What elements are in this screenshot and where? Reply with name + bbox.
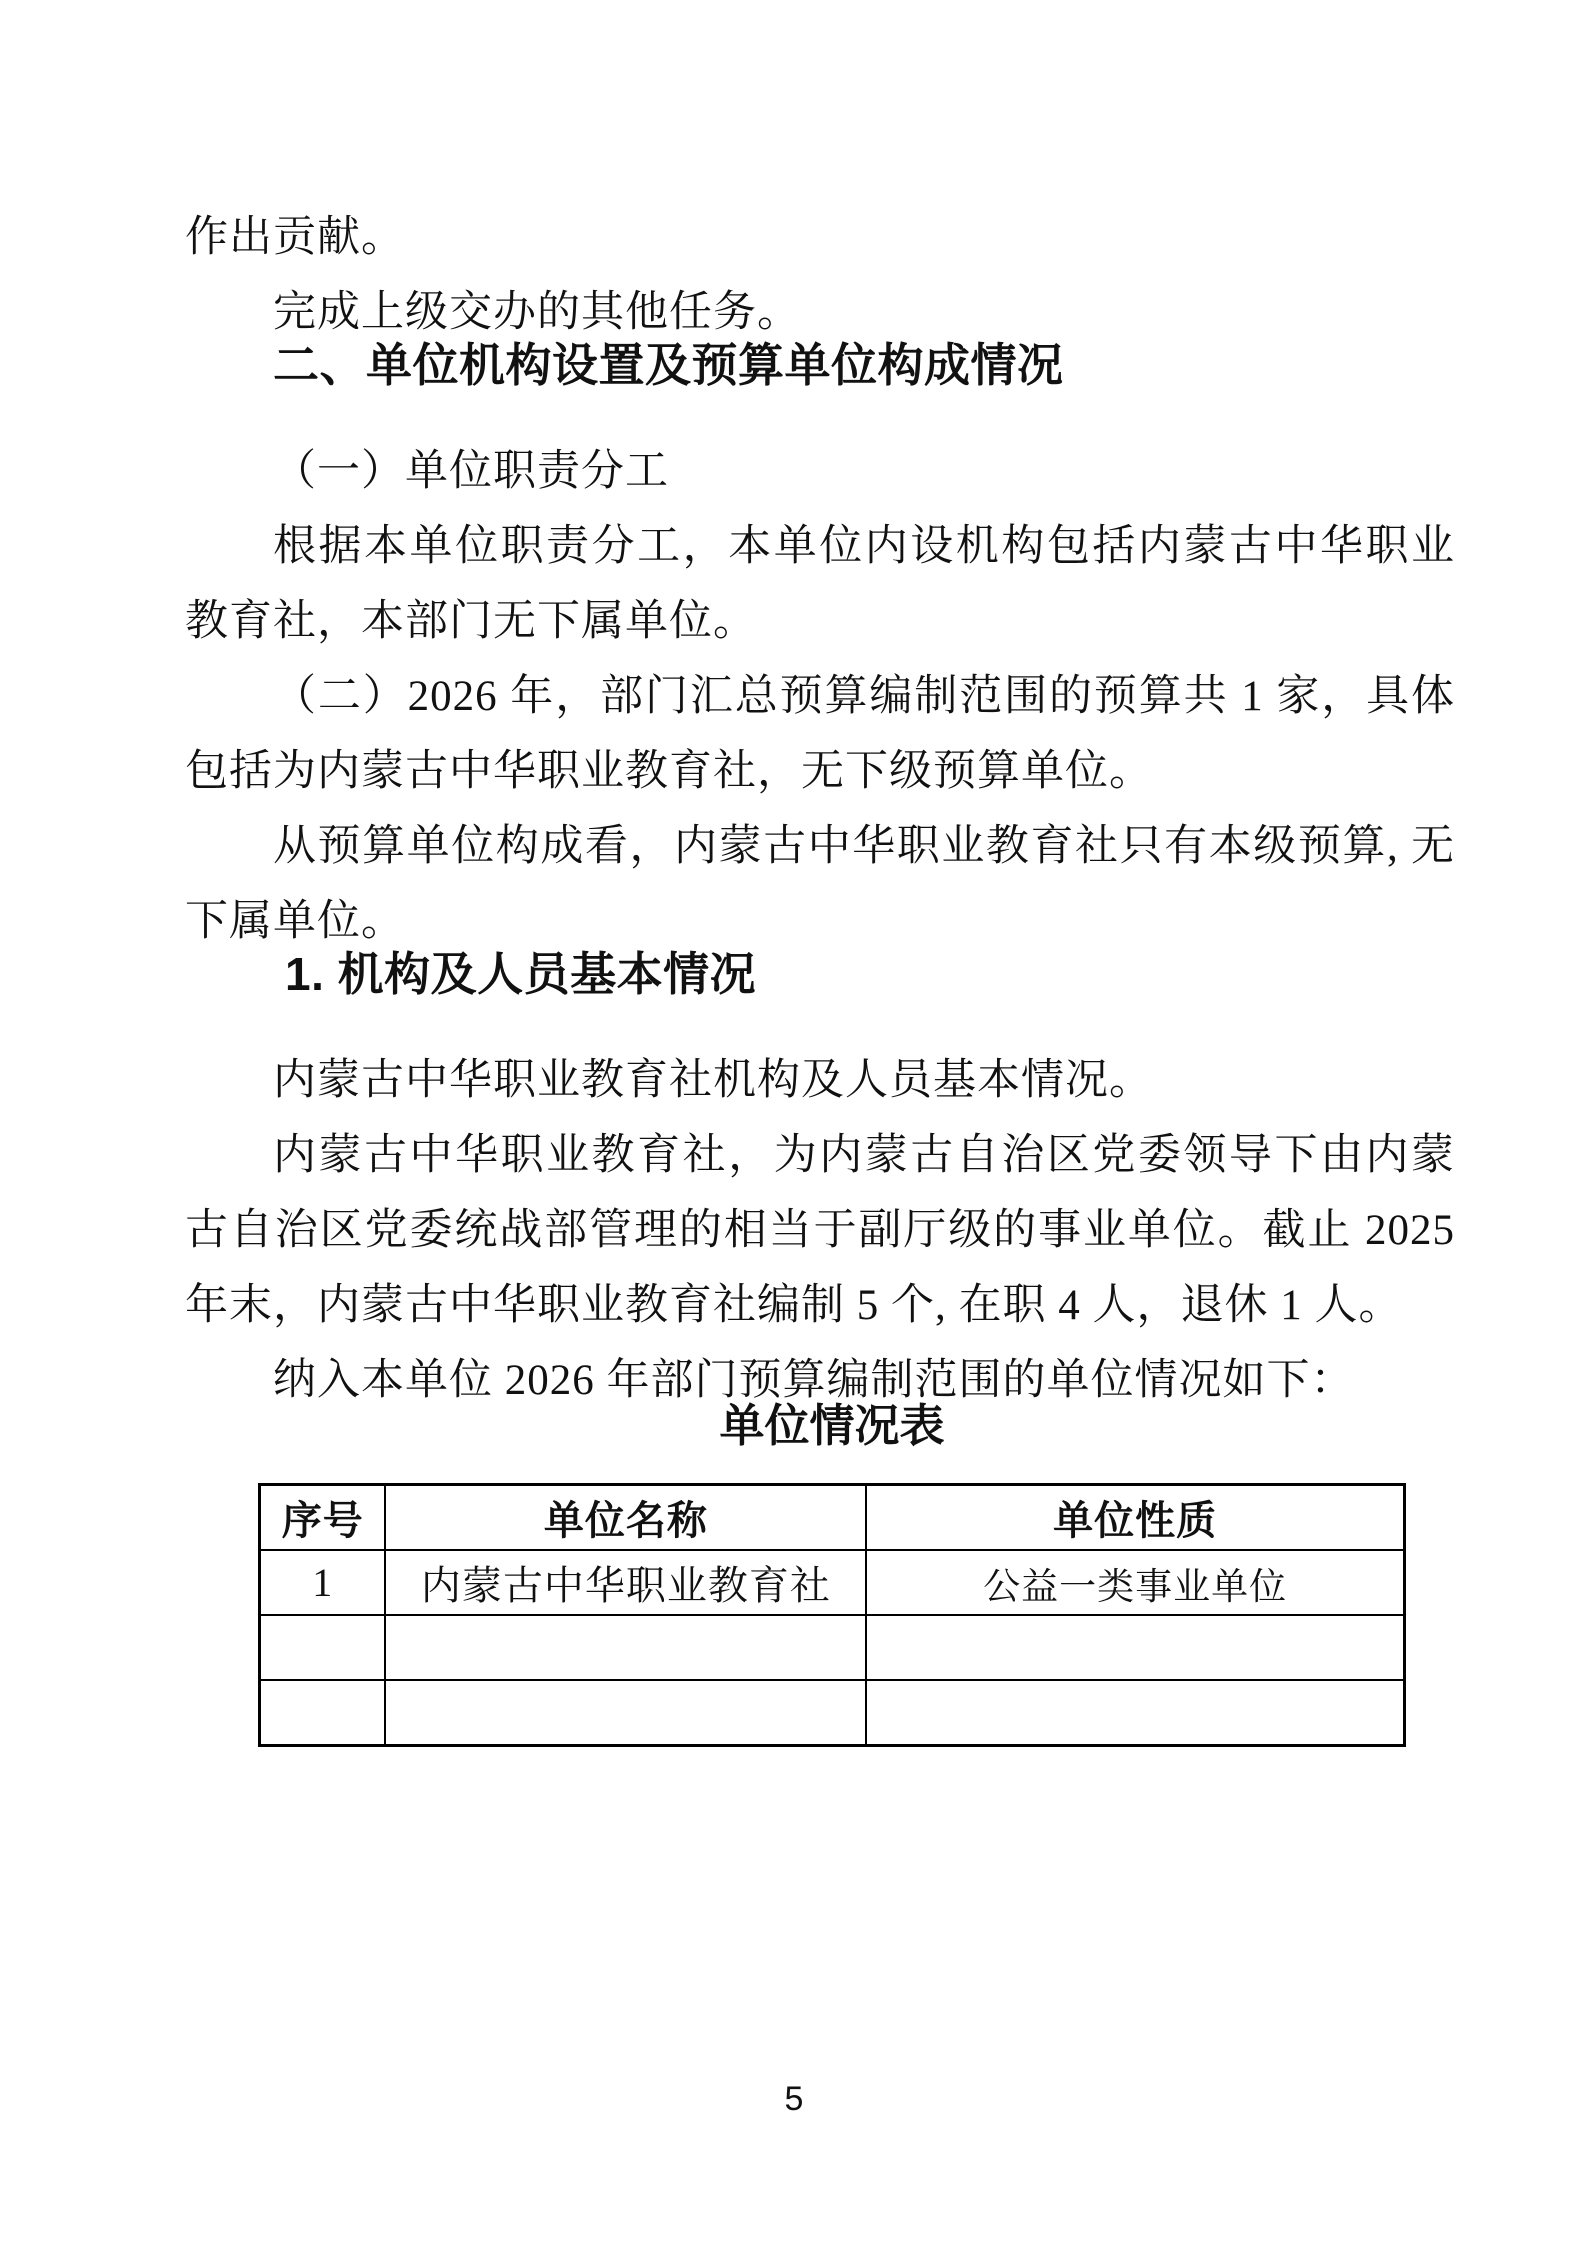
section-heading: 1. 机构及人员基本情况 bbox=[185, 937, 1455, 1012]
table-cell: 内蒙古中华职业教育社 bbox=[385, 1550, 866, 1615]
paragraph-lines: 作出贡献。完成上级交办的其他任务。二、单位机构设置及预算单位构成情况（一）单位职… bbox=[185, 200, 1455, 1418]
table-cell bbox=[385, 1680, 866, 1746]
table-row bbox=[260, 1615, 1405, 1680]
table-header-row: 序号单位名称单位性质 bbox=[260, 1485, 1405, 1551]
text-line: （一）单位职责分工 bbox=[185, 434, 1455, 509]
text-line: 作出贡献。 bbox=[185, 200, 1455, 275]
table-cell bbox=[385, 1615, 866, 1680]
unit-info-table: 序号单位名称单位性质 1内蒙古中华职业教育社公益一类事业单位 bbox=[258, 1483, 1406, 1747]
section-heading: 二、单位机构设置及预算单位构成情况 bbox=[185, 328, 1455, 403]
table-cell: 公益一类事业单位 bbox=[866, 1550, 1404, 1615]
text-line: 内蒙古中华职业教育社机构及人员基本情况。 bbox=[185, 1043, 1455, 1118]
table-cell bbox=[866, 1680, 1404, 1746]
table-cell bbox=[260, 1615, 386, 1680]
table-cell bbox=[866, 1615, 1404, 1680]
document-page: 作出贡献。完成上级交办的其他任务。二、单位机构设置及预算单位构成情况（一）单位职… bbox=[0, 0, 1588, 2245]
text-line: 从预算单位构成看，内蒙古中华职业教育社只有本级预算, 无 bbox=[185, 809, 1455, 884]
table-header-cell: 单位名称 bbox=[385, 1485, 866, 1551]
text-line: 内蒙古中华职业教育社，为内蒙古自治区党委领导下由内蒙 bbox=[185, 1118, 1455, 1193]
text-line: 年末，内蒙古中华职业教育社编制 5 个, 在职 4 人，退休 1 人。 bbox=[185, 1268, 1455, 1343]
document-body: 作出贡献。完成上级交办的其他任务。二、单位机构设置及预算单位构成情况（一）单位职… bbox=[185, 200, 1455, 1747]
text-line: 包括为内蒙古中华职业教育社，无下级预算单位。 bbox=[185, 734, 1455, 809]
table-header-cell: 单位性质 bbox=[866, 1485, 1404, 1551]
text-line: （二）2026 年，部门汇总预算编制范围的预算共 1 家，具体 bbox=[185, 659, 1455, 734]
table-body: 1内蒙古中华职业教育社公益一类事业单位 bbox=[260, 1550, 1405, 1746]
table-cell bbox=[260, 1680, 386, 1746]
table-row: 1内蒙古中华职业教育社公益一类事业单位 bbox=[260, 1550, 1405, 1615]
text-line: 根据本单位职责分工，本单位内设机构包括内蒙古中华职业 bbox=[185, 509, 1455, 584]
text-line: 古自治区党委统战部管理的相当于副厅级的事业单位。截止 2025 bbox=[185, 1193, 1455, 1268]
page-number: 5 bbox=[0, 2080, 1588, 2119]
table-cell: 1 bbox=[260, 1550, 386, 1615]
table-header-cell: 序号 bbox=[260, 1485, 386, 1551]
table-row bbox=[260, 1680, 1405, 1746]
text-line: 教育社，本部门无下属单位。 bbox=[185, 584, 1455, 659]
